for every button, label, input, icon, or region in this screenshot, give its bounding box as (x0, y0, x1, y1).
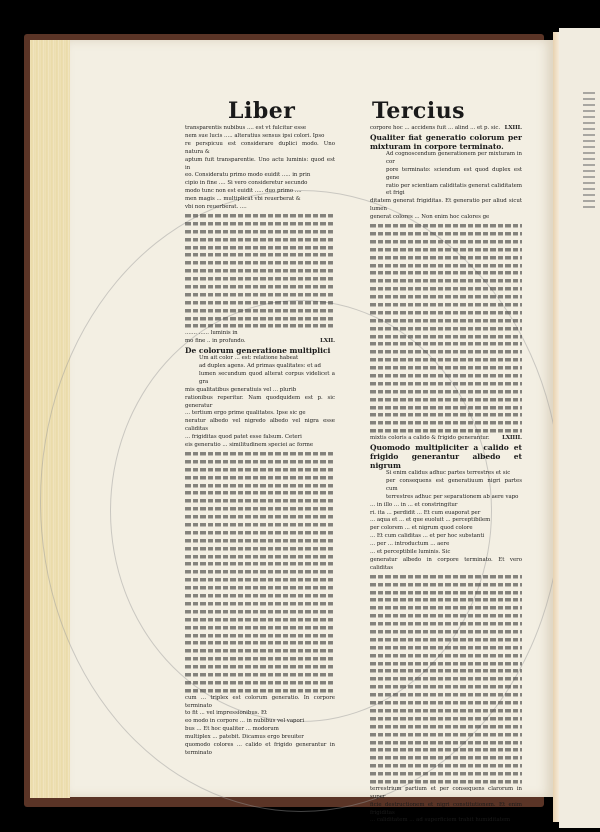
text-line: aptum fuit transparentie. Uno actu lumin… (185, 157, 335, 173)
text-line: vbi non reuerberat. .... (185, 204, 335, 212)
text-line: ... et perceptibile luminis. Sic (370, 549, 522, 557)
text-line: quomodo colores ... calido et frigido ge… (185, 742, 335, 758)
text-line: cum ... triplex est colorum generatio. I… (185, 695, 335, 711)
text-line: per colorem ... et nigrum quod colore (370, 525, 522, 533)
right-column: corpore hoc ... accidens fuit ... alind … (370, 100, 522, 825)
text-line: mo fine .. in profundo.LXII. (185, 338, 335, 346)
text-line: rationibus reperitur. Nam quodquidem est… (185, 395, 335, 411)
text-line: neratur albedo vel nigredo albedo vel ni… (185, 418, 335, 434)
text-line: Si enim calidus adhuc partes terrestres … (370, 470, 522, 478)
text-line: eis generatio ... similitudinem speciei … (185, 442, 335, 450)
text-line: Ad cognoscendum generationem per mixtura… (370, 151, 522, 167)
text-line: ficie destructionem et nigri constitutio… (370, 802, 522, 818)
chapter-number: LXIII. (505, 125, 522, 133)
text-line: ... caliditatem ... ad superficiem trahi… (370, 817, 522, 825)
text-line: modo tunc non est euidit ..... duo primo… (185, 188, 335, 196)
chapter-number: LXIIII. (502, 435, 522, 443)
text-line: ... frigiditas quod patet esse falsum. C… (185, 434, 335, 442)
text-line: ....... ...... luminis in (185, 330, 335, 338)
text-line: ... tertium ergo prime qualitates. Ipse … (185, 410, 335, 418)
chapter-rubric: Qualiter fiat generatio colorum per mixt… (370, 133, 522, 151)
page-edges (30, 40, 70, 798)
text-fragment: mo fine .. in profundo. (185, 338, 246, 344)
text-line: mis qualitatibus generatiuis vel ... plu… (185, 387, 335, 395)
text-line: generat colores ... Non enim hoc calores… (370, 214, 522, 222)
text-line: lumen secundum quod alterat corpus videl… (185, 371, 335, 387)
text-line: bus ... Et hoc qualiter ... modorum (185, 726, 335, 734)
text-line: ditatem generat frigiditas. Et generatio… (370, 198, 522, 214)
text-line: corpore hoc ... accidens fuit ... alind … (370, 125, 522, 133)
text-fragment: mixtis coloris a calido & frigido genera… (370, 435, 490, 441)
chapter-number: LXII. (320, 338, 335, 346)
text-line: terrestrium partium et per consequens cl… (370, 786, 522, 802)
text-line: ... aqua et ... et que euoluit ... perce… (370, 517, 522, 525)
text-line: cipio in fine .... Si vero consideretur … (185, 180, 335, 188)
text-fragment: corpore hoc ... accidens fuit ... alind … (370, 125, 500, 131)
text-line: Um ait color ... est: relatione habeat (185, 355, 335, 363)
text-line: men magis ... multiplicat vbi reuerberat… (185, 196, 335, 204)
text-line: pore terminato: sciendum est quod duplex… (370, 167, 522, 183)
text-line: nem sue lucis ..... alteratius sensus ip… (185, 133, 335, 141)
chapter-rubric: De colorum generatione multiplici (185, 346, 335, 355)
text-line: generatur albedo in corpore terminato. E… (370, 557, 522, 573)
text-line: ... in illo ... in ... et constringitur (370, 502, 522, 510)
text-line: to fit ... vel impressionibus. Et (185, 710, 335, 718)
text-line: ri. ita ... perdidit ... Et cum euaporat… (370, 510, 522, 518)
text-line: ... per ... introductum ... aere (370, 541, 522, 549)
text-line: ad duplex agens. Ad primas qualitates: e… (185, 363, 335, 371)
text-line: eo modo in corpore ... in nubibus vel va… (185, 718, 335, 726)
chapter-rubric: Quomodo multipliciter a calido et frigid… (370, 443, 522, 470)
text-line: terrestres adhuc per separationem ab aer… (370, 494, 522, 502)
running-head-left: Liber (228, 98, 295, 124)
text-line: mixtis coloris a calido & frigido genera… (370, 435, 522, 443)
text-line: ratio per scientiam caliditatis generat … (370, 183, 522, 199)
text-line: transparentis nubibus .... est vt fulcit… (185, 125, 335, 133)
text-line: eo. Consideratu primo modo euidit ..... … (185, 172, 335, 180)
recto-text-fragment (583, 88, 595, 208)
text-line: per consequens est generatiuum nigri par… (370, 478, 522, 494)
recto-page-edge (559, 28, 600, 828)
text-line: ... Et cum caliditas ... et per hoc subs… (370, 533, 522, 541)
left-column: transparentis nubibus .... est vt fulcit… (185, 125, 335, 758)
text-line: re perspicuu est considerare duplici mod… (185, 141, 335, 157)
text-line: multiplex ... patebit. Dicamus ergo breu… (185, 734, 335, 742)
